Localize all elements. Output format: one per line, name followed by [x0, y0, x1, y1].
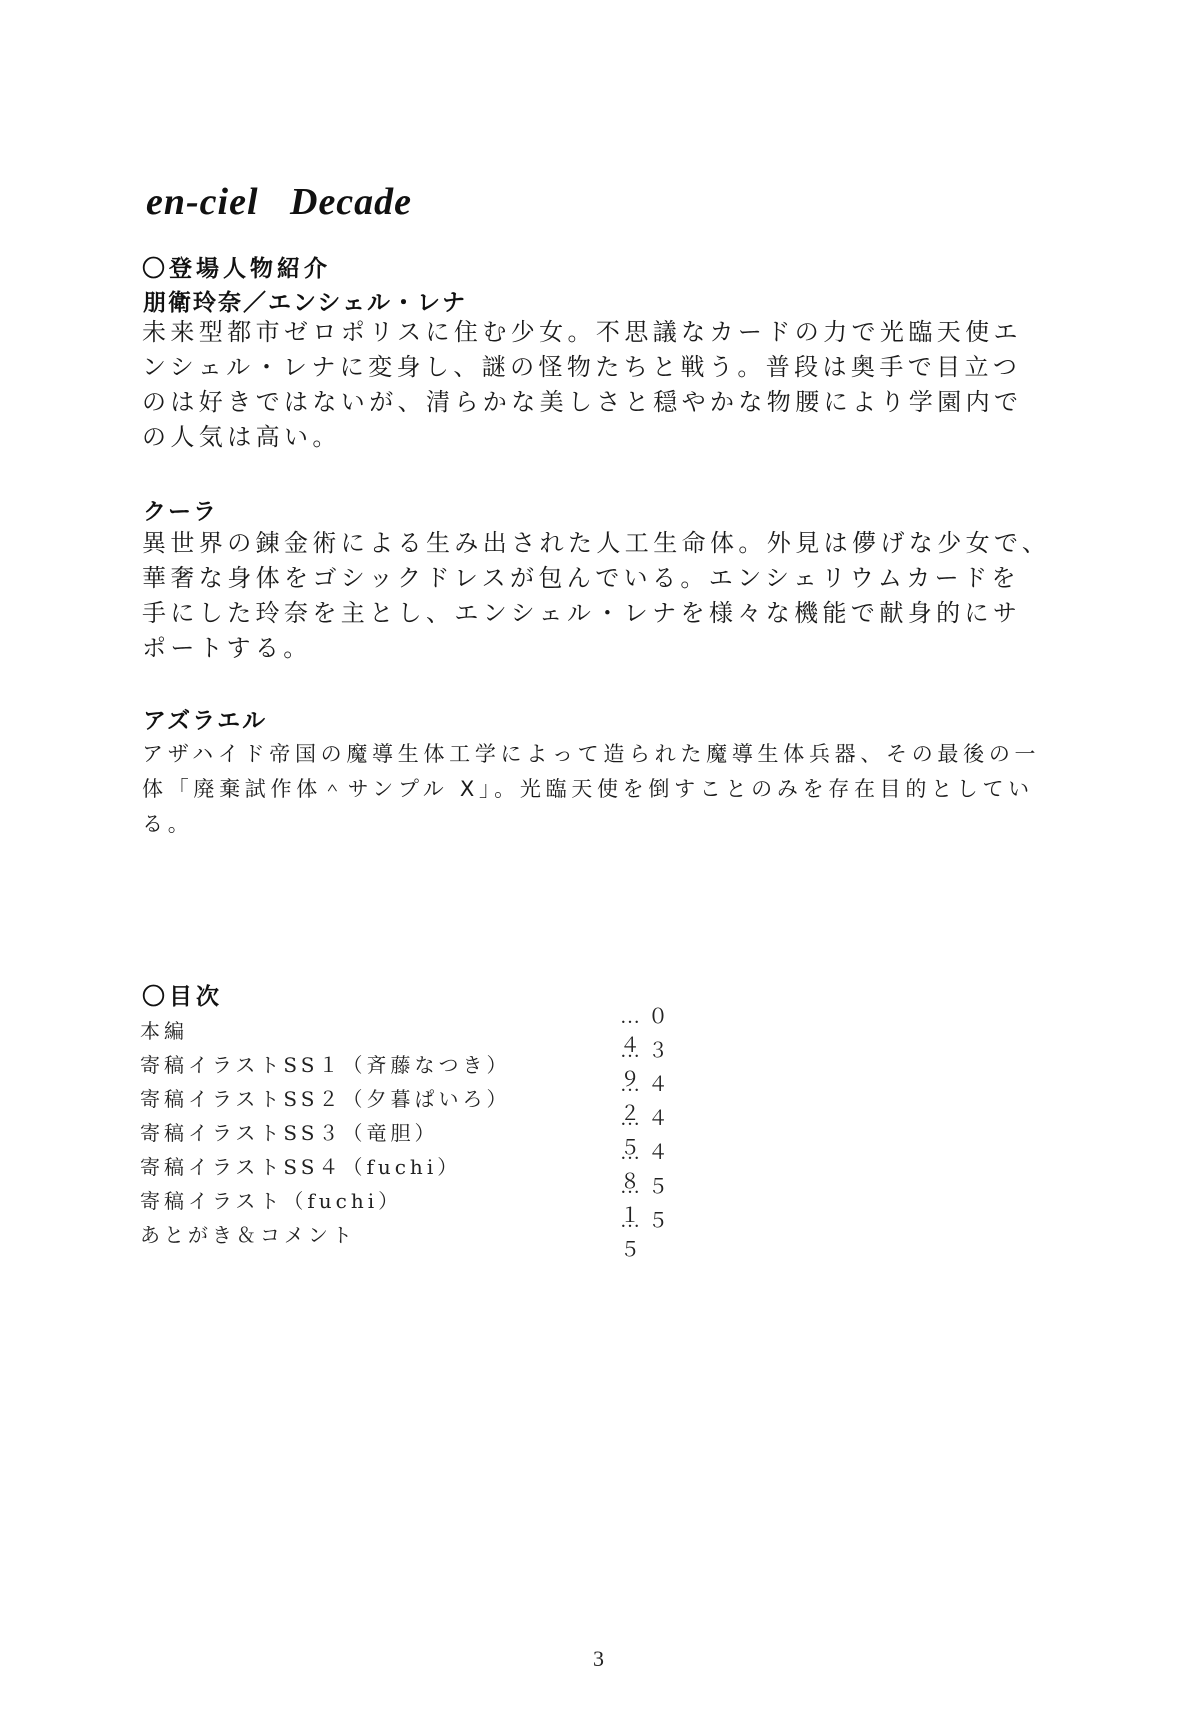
description-line: 手にした玲奈を主とし、エンシェル・レナを様々な機能で献身的にサ: [142, 596, 1072, 631]
toc-entry-label: 寄稿イラストSS１（斉藤なつき）: [140, 1049, 510, 1078]
toc-entry-label: 寄稿イラスト（fuchi）: [140, 1185, 402, 1214]
description-line: る。: [142, 807, 1072, 842]
toc-entry: 寄稿イラストSS４（fuchi） …４８: [140, 1148, 700, 1182]
character-name-kura: クーラ: [143, 493, 218, 526]
table-of-contents: 本編 …０４ 寄稿イラストSS１（斉藤なつき） …３９ 寄稿イラストSS２（夕暮…: [140, 1012, 700, 1250]
toc-entry-page: …５５: [620, 1204, 700, 1262]
characters-heading: 〇登場人物紹介: [142, 250, 331, 283]
character-description-rena: 未来型都市ゼロポリスに住む少女。不思議なカードの力で光臨天使エ ンシェル・レナに…: [142, 315, 1072, 455]
description-line: 未来型都市ゼロポリスに住む少女。不思議なカードの力で光臨天使エ: [142, 315, 1072, 350]
toc-entry-label: 寄稿イラストSS３（竜胆）: [140, 1117, 438, 1146]
character-name-rena: 朋衛玲奈／エンシェル・レナ: [143, 284, 467, 317]
description-line: の人気は高い。: [142, 420, 1072, 455]
toc-entry-label: 寄稿イラストSS２（夕暮ぱいろ）: [140, 1083, 510, 1112]
toc-entry: 本編 …０４: [140, 1012, 700, 1046]
description-line: のは好きではないが、清らかな美しさと穏やかな物腰により学園内で: [142, 385, 1072, 420]
page-title: en-ciel Decade: [146, 180, 412, 224]
description-line: ポートする。: [142, 631, 1072, 666]
description-line: 華奢な身体をゴシックドレスが包んでいる。エンシェリウムカードを: [142, 561, 1072, 596]
description-line: 体「廃棄試作体＾サンプル X」。光臨天使を倒すことのみを存在目的としてい: [142, 772, 1072, 807]
character-name-azrael: アズラエル: [143, 702, 267, 735]
toc-entry: 寄稿イラストSS２（夕暮ぱいろ） …４２: [140, 1080, 700, 1114]
toc-entry: 寄稿イラストSS１（斉藤なつき） …３９: [140, 1046, 700, 1080]
toc-entry: 寄稿イラスト（fuchi） …５１: [140, 1182, 700, 1216]
toc-entry-label: 寄稿イラストSS４（fuchi）: [140, 1151, 461, 1180]
page-number: 3: [593, 1646, 604, 1672]
description-line: ンシェル・レナに変身し、謎の怪物たちと戦う。普段は奥手で目立つ: [142, 350, 1072, 385]
toc-heading: 〇目次: [142, 978, 223, 1011]
description-line: 異世界の錬金術による生み出された人工生命体。外見は儚げな少女で、: [142, 526, 1072, 561]
toc-entry-label: あとがき＆コメント: [140, 1219, 356, 1248]
toc-entry: あとがき＆コメント …５５: [140, 1216, 700, 1250]
toc-entry: 寄稿イラストSS３（竜胆） …４５: [140, 1114, 700, 1148]
character-description-kura: 異世界の錬金術による生み出された人工生命体。外見は儚げな少女で、 華奢な身体をゴ…: [142, 526, 1072, 666]
character-description-azrael: アザハイド帝国の魔導生体工学によって造られた魔導生体兵器、その最後の一 体「廃棄…: [142, 737, 1072, 842]
toc-entry-label: 本編: [140, 1015, 188, 1044]
description-line: アザハイド帝国の魔導生体工学によって造られた魔導生体兵器、その最後の一: [142, 737, 1072, 772]
